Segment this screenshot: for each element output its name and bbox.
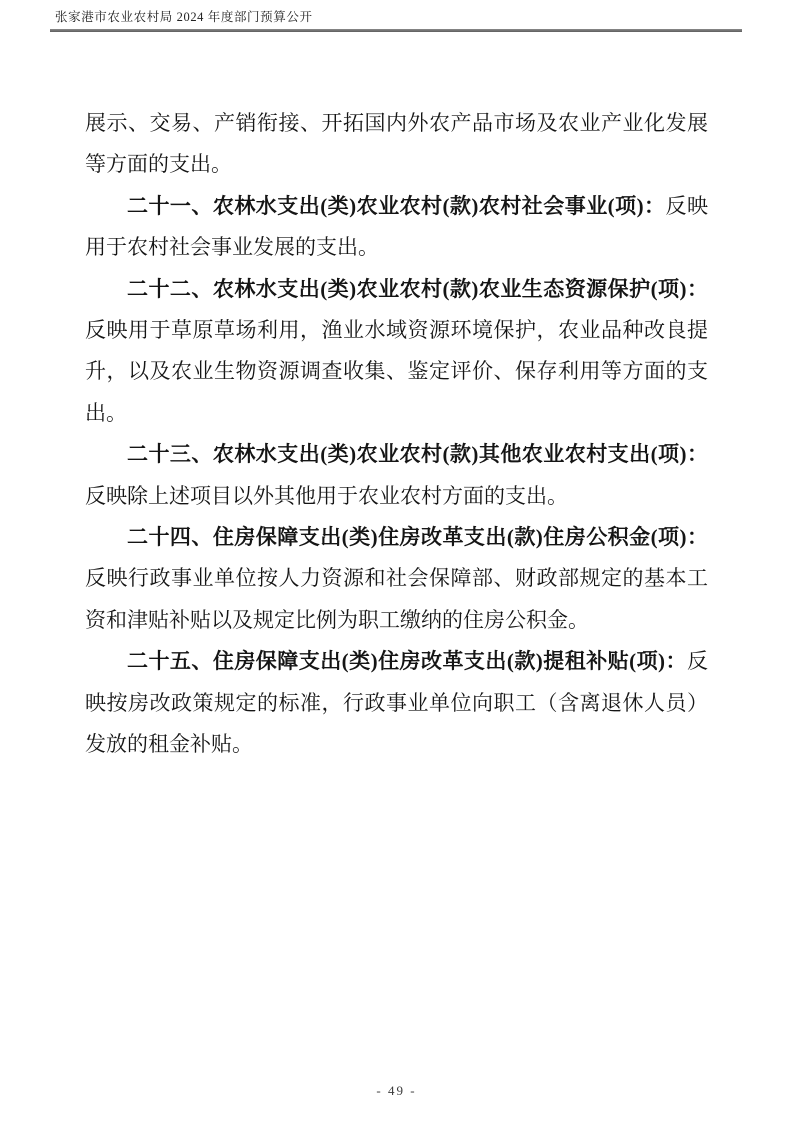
- paragraph-heading-run: 二十四、住房保障支出(类)住房改革支出(款)住房公积金(项)：: [127, 525, 708, 549]
- paragraph-heading-run: 二十一、农林水支出(类)农业农村(款)农村社会事业(项)：: [127, 194, 666, 218]
- paragraph: 展示、交易、产销衔接、开拓国内外农产品市场及农业产业化发展等方面的支出。: [85, 103, 708, 186]
- paragraph-text-run: 反映行政事业单位按人力资源和社会保障部、财政部规定的基本工资和津贴补贴以及规定比…: [85, 566, 708, 631]
- paragraph-heading-run: 二十二、农林水支出(类)农业农村(款)农业生态资源保护(项)：: [127, 277, 708, 301]
- page-number: - 49 -: [0, 1083, 793, 1099]
- paragraph: 二十一、农林水支出(类)农业农村(款)农村社会事业(项)：反映用于农村社会事业发…: [85, 186, 708, 269]
- paragraph-heading-run: 二十五、住房保障支出(类)住房改革支出(款)提租补贴(项)：: [127, 649, 687, 673]
- paragraph: 二十二、农林水支出(类)农业农村(款)农业生态资源保护(项)：反映用于草原草场利…: [85, 269, 708, 435]
- paragraph: 二十三、农林水支出(类)农业农村(款)其他农业农村支出(项)：反映除上述项目以外…: [85, 434, 708, 517]
- header-title: 张家港市农业农村局 2024 年度部门预算公开: [55, 9, 313, 25]
- paragraph-heading-run: 二十三、农林水支出(类)农业农村(款)其他农业农村支出(项)：: [127, 442, 708, 466]
- header-rule: [50, 29, 742, 32]
- paragraph: 二十五、住房保障支出(类)住房改革支出(款)提租补贴(项)：反映按房改政策规定的…: [85, 641, 708, 765]
- paragraph-text-run: 反映除上述项目以外其他用于农业农村方面的支出。: [85, 484, 568, 508]
- document-page: 张家港市农业农村局 2024 年度部门预算公开 展示、交易、产销衔接、开拓国内外…: [0, 0, 793, 1122]
- paragraph-text-run: 展示、交易、产销衔接、开拓国内外农产品市场及农业产业化发展等方面的支出。: [85, 111, 708, 176]
- paragraph: 二十四、住房保障支出(类)住房改革支出(款)住房公积金(项)：反映行政事业单位按…: [85, 517, 708, 641]
- paragraph-text-run: 反映用于草原草场利用，渔业水域资源环境保护，农业品种改良提升，以及农业生物资源调…: [85, 318, 708, 425]
- document-body: 展示、交易、产销衔接、开拓国内外农产品市场及农业产业化发展等方面的支出。二十一、…: [85, 103, 708, 766]
